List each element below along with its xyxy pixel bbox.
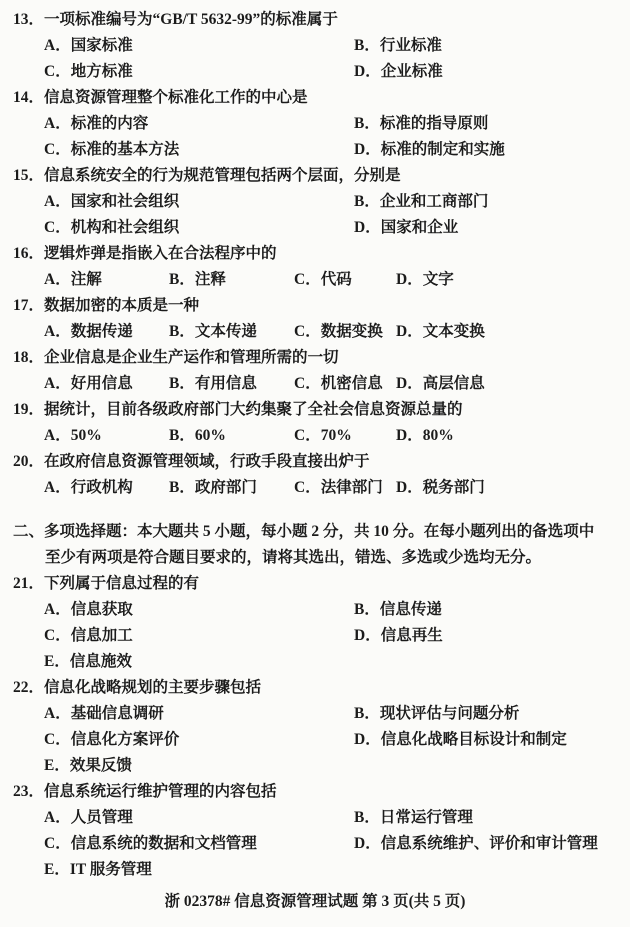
option-b: B．行业标准 — [354, 33, 612, 59]
option-e: E．效果反馈 — [44, 753, 354, 779]
option-c: C．法律部门 — [294, 475, 396, 501]
question-15: 15． 信息系统安全的行为规范管理包括两个层面，分别是 A．国家和社会组织 B．… — [13, 163, 612, 241]
question-number: 20． — [13, 449, 44, 475]
question-20: 20． 在政府信息资源管理领域，行政手段直接出炉于 A．行政机构 B．政府部门 … — [13, 449, 612, 501]
option-c: C．信息加工 — [44, 623, 354, 649]
option-b: B．信息传递 — [354, 597, 612, 623]
section-2-header: 二、 多项选择题：本大题共 5 小题，每小题 2 分，共 10 分。在每小题列出… — [13, 519, 612, 545]
option-a: A．基础信息调研 — [44, 701, 354, 727]
section-2-instructions-line-1: 多项选择题：本大题共 5 小题，每小题 2 分，共 10 分。在每小题列出的备选… — [44, 519, 594, 545]
section-2-multiple-choice: 二、 多项选择题：本大题共 5 小题，每小题 2 分，共 10 分。在每小题列出… — [13, 519, 612, 883]
option-d: D．信息再生 — [354, 623, 612, 649]
option-d: D．信息系统维护、评价和审计管理 — [354, 831, 612, 857]
option-a: A．标准的内容 — [44, 111, 354, 137]
exam-page: 13． 一项标准编号为“GB/T 5632-99”的标准属于 A．国家标准 B．… — [0, 0, 630, 927]
question-number: 13． — [13, 7, 44, 33]
question-text: 逻辑炸弹是指嵌入在合法程序中的 — [44, 241, 277, 267]
question-number: 21． — [13, 571, 44, 597]
option-c: C．数据变换 — [294, 319, 396, 345]
option-a: A．数据传递 — [44, 319, 169, 345]
question-22: 22． 信息化战略规划的主要步骤包括 A．基础信息调研 B．现状评估与问题分析 … — [13, 675, 612, 779]
option-b: B．政府部门 — [169, 475, 294, 501]
question-text: 信息系统安全的行为规范管理包括两个层面，分别是 — [44, 163, 401, 189]
option-c: C．标准的基本方法 — [44, 137, 354, 163]
question-13: 13． 一项标准编号为“GB/T 5632-99”的标准属于 A．国家标准 B．… — [13, 7, 612, 85]
question-text: 一项标准编号为“GB/T 5632-99”的标准属于 — [44, 7, 338, 33]
question-18: 18． 企业信息是企业生产运作和管理所需的一切 A．好用信息 B．有用信息 C．… — [13, 345, 612, 397]
option-d: D．高层信息 — [396, 371, 612, 397]
section-2-marker: 二、 — [13, 519, 44, 545]
question-text: 据统计，目前各级政府部门大约集聚了全社会信息资源总量的 — [44, 397, 463, 423]
option-a: A．国家和社会组织 — [44, 189, 354, 215]
question-text: 信息系统运行维护管理的内容包括 — [44, 779, 277, 805]
option-a: A．行政机构 — [44, 475, 169, 501]
option-a: A．信息获取 — [44, 597, 354, 623]
option-c: C．信息化方案评价 — [44, 727, 354, 753]
question-16: 16． 逻辑炸弹是指嵌入在合法程序中的 A．注解 B．注释 C．代码 D．文字 — [13, 241, 612, 293]
option-a: A．注解 — [44, 267, 169, 293]
page-footer: 浙 02378# 信息资源管理试题 第 3 页(共 5 页) — [0, 889, 630, 915]
option-b: B．60% — [169, 423, 294, 449]
option-c: C．代码 — [294, 267, 396, 293]
question-19: 19． 据统计，目前各级政府部门大约集聚了全社会信息资源总量的 A．50% B．… — [13, 397, 612, 449]
question-number: 22． — [13, 675, 44, 701]
question-text: 信息化战略规划的主要步骤包括 — [44, 675, 261, 701]
option-d: D．企业标准 — [354, 59, 612, 85]
option-b: B．有用信息 — [169, 371, 294, 397]
question-number: 15． — [13, 163, 44, 189]
question-text: 在政府信息资源管理领域，行政手段直接出炉于 — [44, 449, 370, 475]
option-b: B．日常运行管理 — [354, 805, 612, 831]
option-c: C．机构和社会组织 — [44, 215, 354, 241]
option-e: E．信息施效 — [44, 649, 354, 675]
option-b: B．企业和工商部门 — [354, 189, 612, 215]
question-number: 14． — [13, 85, 44, 111]
option-a: A．50% — [44, 423, 169, 449]
question-text: 企业信息是企业生产运作和管理所需的一切 — [44, 345, 339, 371]
option-d: D．信息化战略目标设计和制定 — [354, 727, 612, 753]
option-c: C．70% — [294, 423, 396, 449]
question-number: 17． — [13, 293, 44, 319]
question-text: 数据加密的本质是一种 — [44, 293, 199, 319]
question-text: 下列属于信息过程的有 — [44, 571, 199, 597]
option-e: E．IT 服务管理 — [44, 857, 354, 883]
question-number: 16． — [13, 241, 44, 267]
option-d: D．税务部门 — [396, 475, 612, 501]
option-a: A．国家标准 — [44, 33, 354, 59]
option-d: D．标准的制定和实施 — [354, 137, 612, 163]
question-number: 23． — [13, 779, 44, 805]
option-a: A．好用信息 — [44, 371, 169, 397]
option-b: B．文本传递 — [169, 319, 294, 345]
question-number: 18． — [13, 345, 44, 371]
option-c: C．地方标准 — [44, 59, 354, 85]
option-d: D．国家和企业 — [354, 215, 612, 241]
question-14: 14． 信息资源管理整个标准化工作的中心是 A．标准的内容 B．标准的指导原则 … — [13, 85, 612, 163]
question-23: 23． 信息系统运行维护管理的内容包括 A．人员管理 B．日常运行管理 C．信息… — [13, 779, 612, 883]
option-c: C．机密信息 — [294, 371, 396, 397]
question-21: 21． 下列属于信息过程的有 A．信息获取 B．信息传递 C．信息加工 D．信息… — [13, 571, 612, 675]
option-a: A．人员管理 — [44, 805, 354, 831]
option-d: D．文字 — [396, 267, 612, 293]
section-2-instructions-line-2: 至少有两项是符合题目要求的，请将其选出，错选、多选或少选均无分。 — [13, 545, 612, 571]
option-b: B．现状评估与问题分析 — [354, 701, 612, 727]
option-d: D．80% — [396, 423, 612, 449]
option-d: D．文本变换 — [396, 319, 612, 345]
question-17: 17． 数据加密的本质是一种 A．数据传递 B．文本传递 C．数据变换 D．文本… — [13, 293, 612, 345]
option-b: B．标准的指导原则 — [354, 111, 612, 137]
option-b: B．注释 — [169, 267, 294, 293]
question-text: 信息资源管理整个标准化工作的中心是 — [44, 85, 308, 111]
option-c: C．信息系统的数据和文档管理 — [44, 831, 354, 857]
question-number: 19． — [13, 397, 44, 423]
